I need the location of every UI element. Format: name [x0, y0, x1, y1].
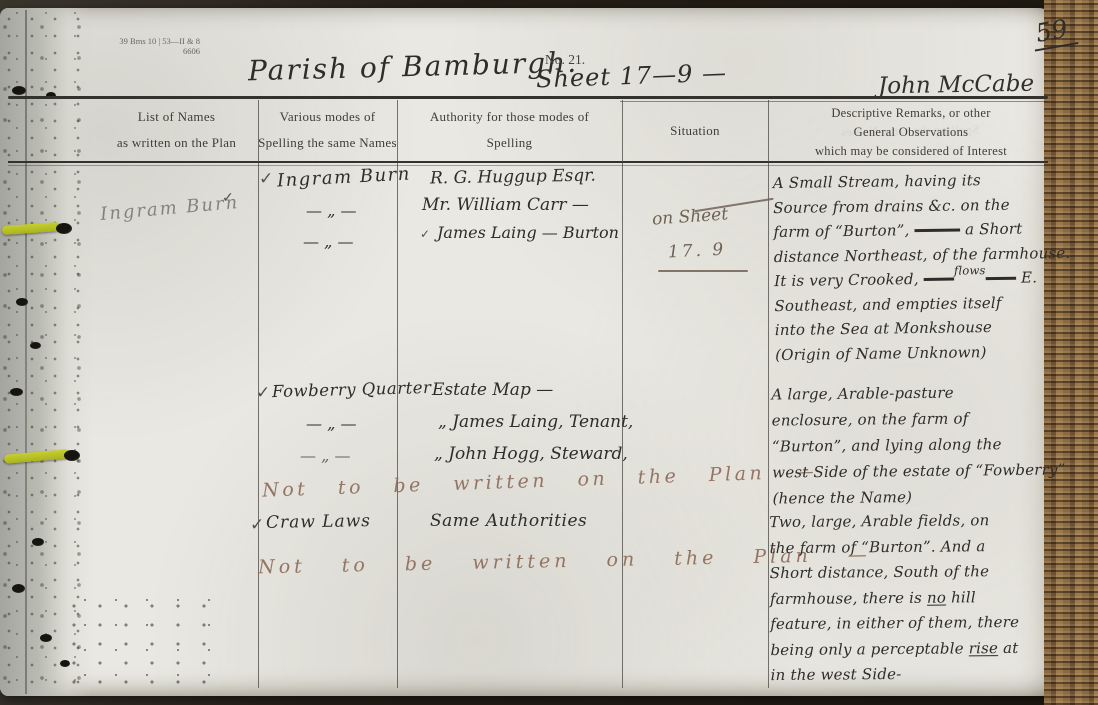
binding-hole: [56, 223, 72, 234]
column-header-line: as written on the Plan: [95, 130, 258, 156]
table-top-rule-secondary: [620, 101, 1048, 102]
struck-out-text: ——: [924, 270, 955, 288]
binding-hole: [16, 298, 28, 306]
column-divider: [622, 100, 623, 688]
remark-text: It is very Crooked,: [774, 270, 924, 290]
authority-entry-1: R. G. Huggup Esqr.: [430, 166, 596, 189]
paper-speckles: [66, 596, 216, 692]
remark-text: distance Northeast, of the farmhouse.: [774, 243, 1071, 265]
remark-text: at: [998, 638, 1019, 656]
authority-entry-2: „ John Hogg, Steward,: [434, 444, 628, 464]
remark-text: a Short: [960, 220, 1022, 239]
remark-text: into the Sea at Monkshouse: [775, 318, 992, 339]
authority-entry-1: Mr. William Carr —: [422, 195, 589, 215]
ditto-mark: — „ —: [303, 232, 353, 251]
authority-entry-1: James Laing — Burton: [437, 223, 619, 242]
inserted-text: flows: [954, 263, 986, 277]
scanned-ledger-photo: 39 Bms 10 | 53—II & 8 6606 59 Parish of …: [0, 0, 1098, 705]
remarks-entry-2: A large, Arable-pasture enclosure, on th…: [771, 382, 1066, 515]
binding-fold-line: [25, 10, 27, 694]
remark-line: feature, in either of them, there: [770, 613, 1019, 641]
remark-text: (Origin of Name Unknown): [775, 343, 987, 364]
binding-hole: [64, 450, 80, 461]
remark-text: Two, large, Arable fields, on: [769, 511, 989, 531]
remark-line: the farm of “Burton”. And a: [769, 536, 1018, 564]
column-header-names: List of Names as written on the Plan: [95, 104, 258, 156]
authority-entry-3: Same Authorities: [430, 511, 587, 531]
remark-text: Southeast, and empties itself: [774, 293, 1001, 314]
remark-line: being only a perceptable rise at: [770, 638, 1019, 666]
show-through-ghost: Spelling the same Names: [800, 116, 1020, 146]
ditto-mark: — „ —: [300, 446, 350, 465]
remark-text: Source from drains &c. on the: [773, 195, 1010, 216]
binding-hole: [40, 634, 52, 642]
column-header-line: Various modes of: [258, 104, 397, 130]
checkmark-icon: ✓: [250, 515, 264, 535]
remark-line: in the west Side-: [771, 664, 1020, 692]
remark-line: farmhouse, there is no hill: [770, 587, 1019, 615]
column-header-situation: Situation: [622, 118, 768, 144]
remark-line: A large, Arable-pasture: [771, 382, 1065, 411]
remark-text: in the west Side-: [771, 665, 902, 684]
struck-out-text: ——: [986, 269, 1017, 287]
remark-line: enclosure, on the farm of: [772, 408, 1066, 437]
form-reference-line1: 39 Bms 10 | 53—II & 8: [104, 36, 200, 46]
remarks-entry-1: A Small Stream, having its Source from d…: [773, 170, 1072, 370]
remark-text: A Small Stream, having its: [773, 171, 981, 192]
checkmark-icon: ✓: [420, 227, 430, 241]
binding-hole: [32, 538, 44, 546]
column-header-line: Authority for those modes of: [397, 104, 622, 130]
binding-hole: [12, 584, 25, 593]
remark-text: west Side of the estate of “Fowberry”: [772, 460, 1065, 481]
struck-out-text: ———: [914, 220, 960, 239]
remark-text: enclosure, on the farm of: [772, 409, 969, 429]
form-reference-line2: 6606: [104, 46, 200, 56]
remark-line: west Side of the estate of “Fowberry”: [772, 460, 1066, 489]
remark-text: A large, Arable-pasture: [771, 384, 954, 404]
binding-margin: [0, 8, 92, 696]
remark-text: Short distance, South of the: [770, 562, 990, 582]
binding-hole: [60, 660, 70, 667]
column-header-authority: Authority for those modes of Spelling: [397, 104, 622, 156]
remark-line: Two, large, Arable fields, on: [769, 511, 1018, 539]
remark-line: “Burton”, and lying along the: [772, 434, 1066, 463]
column-header-line: Spelling the same Names: [258, 130, 397, 156]
remark-text: farm of “Burton”,: [773, 221, 914, 241]
remark-text: feature, in either of them, there: [770, 613, 1019, 633]
table-top-rule: [8, 96, 1048, 99]
situation-underline: [658, 270, 748, 272]
header-bottom-rule: [8, 161, 1048, 163]
column-header-line: Spelling: [397, 130, 622, 156]
binding-hole: [30, 342, 41, 349]
remark-text: the farm of “Burton”. And a: [769, 537, 985, 557]
remark-text: no: [927, 588, 946, 606]
authority-entry-2: „ James Laing, Tenant,: [438, 412, 633, 432]
ditto-mark: — „ —: [306, 201, 356, 220]
spelling-entry-3: Craw Laws: [266, 511, 371, 533]
form-reference: 39 Bms 10 | 53—II & 8 6606: [104, 36, 200, 56]
remark-line: Short distance, South of the: [770, 562, 1019, 590]
checkmark-icon: ✓: [256, 383, 270, 403]
binding-hole: [10, 388, 23, 396]
remark-text: farmhouse, there is: [770, 588, 927, 607]
checkmark-icon: ✓: [222, 190, 234, 206]
binding-hole: [12, 86, 26, 95]
remarks-entry-3: Two, large, Arable fields, on the farm o…: [769, 511, 1019, 692]
situation-sheet-ref: 17. 9: [668, 239, 727, 262]
ditto-mark: — „ —: [306, 414, 356, 433]
remark-text: hill: [946, 588, 976, 606]
authority-entry-2: Estate Map —: [432, 380, 553, 400]
column-header-line: List of Names: [95, 104, 258, 130]
column-header-spellings: Various modes of Spelling the same Names: [258, 104, 397, 156]
remark-text: “Burton”, and lying along the: [772, 435, 1002, 455]
remark-text: (hence the Name): [772, 488, 912, 507]
remark-text: E.: [1016, 268, 1037, 286]
checkmark-icon: ✓: [259, 169, 273, 189]
remark-text: being only a perceptable: [770, 639, 968, 659]
remark-text: rise: [969, 639, 998, 657]
remark-line: (Origin of Name Unknown): [775, 341, 1072, 370]
